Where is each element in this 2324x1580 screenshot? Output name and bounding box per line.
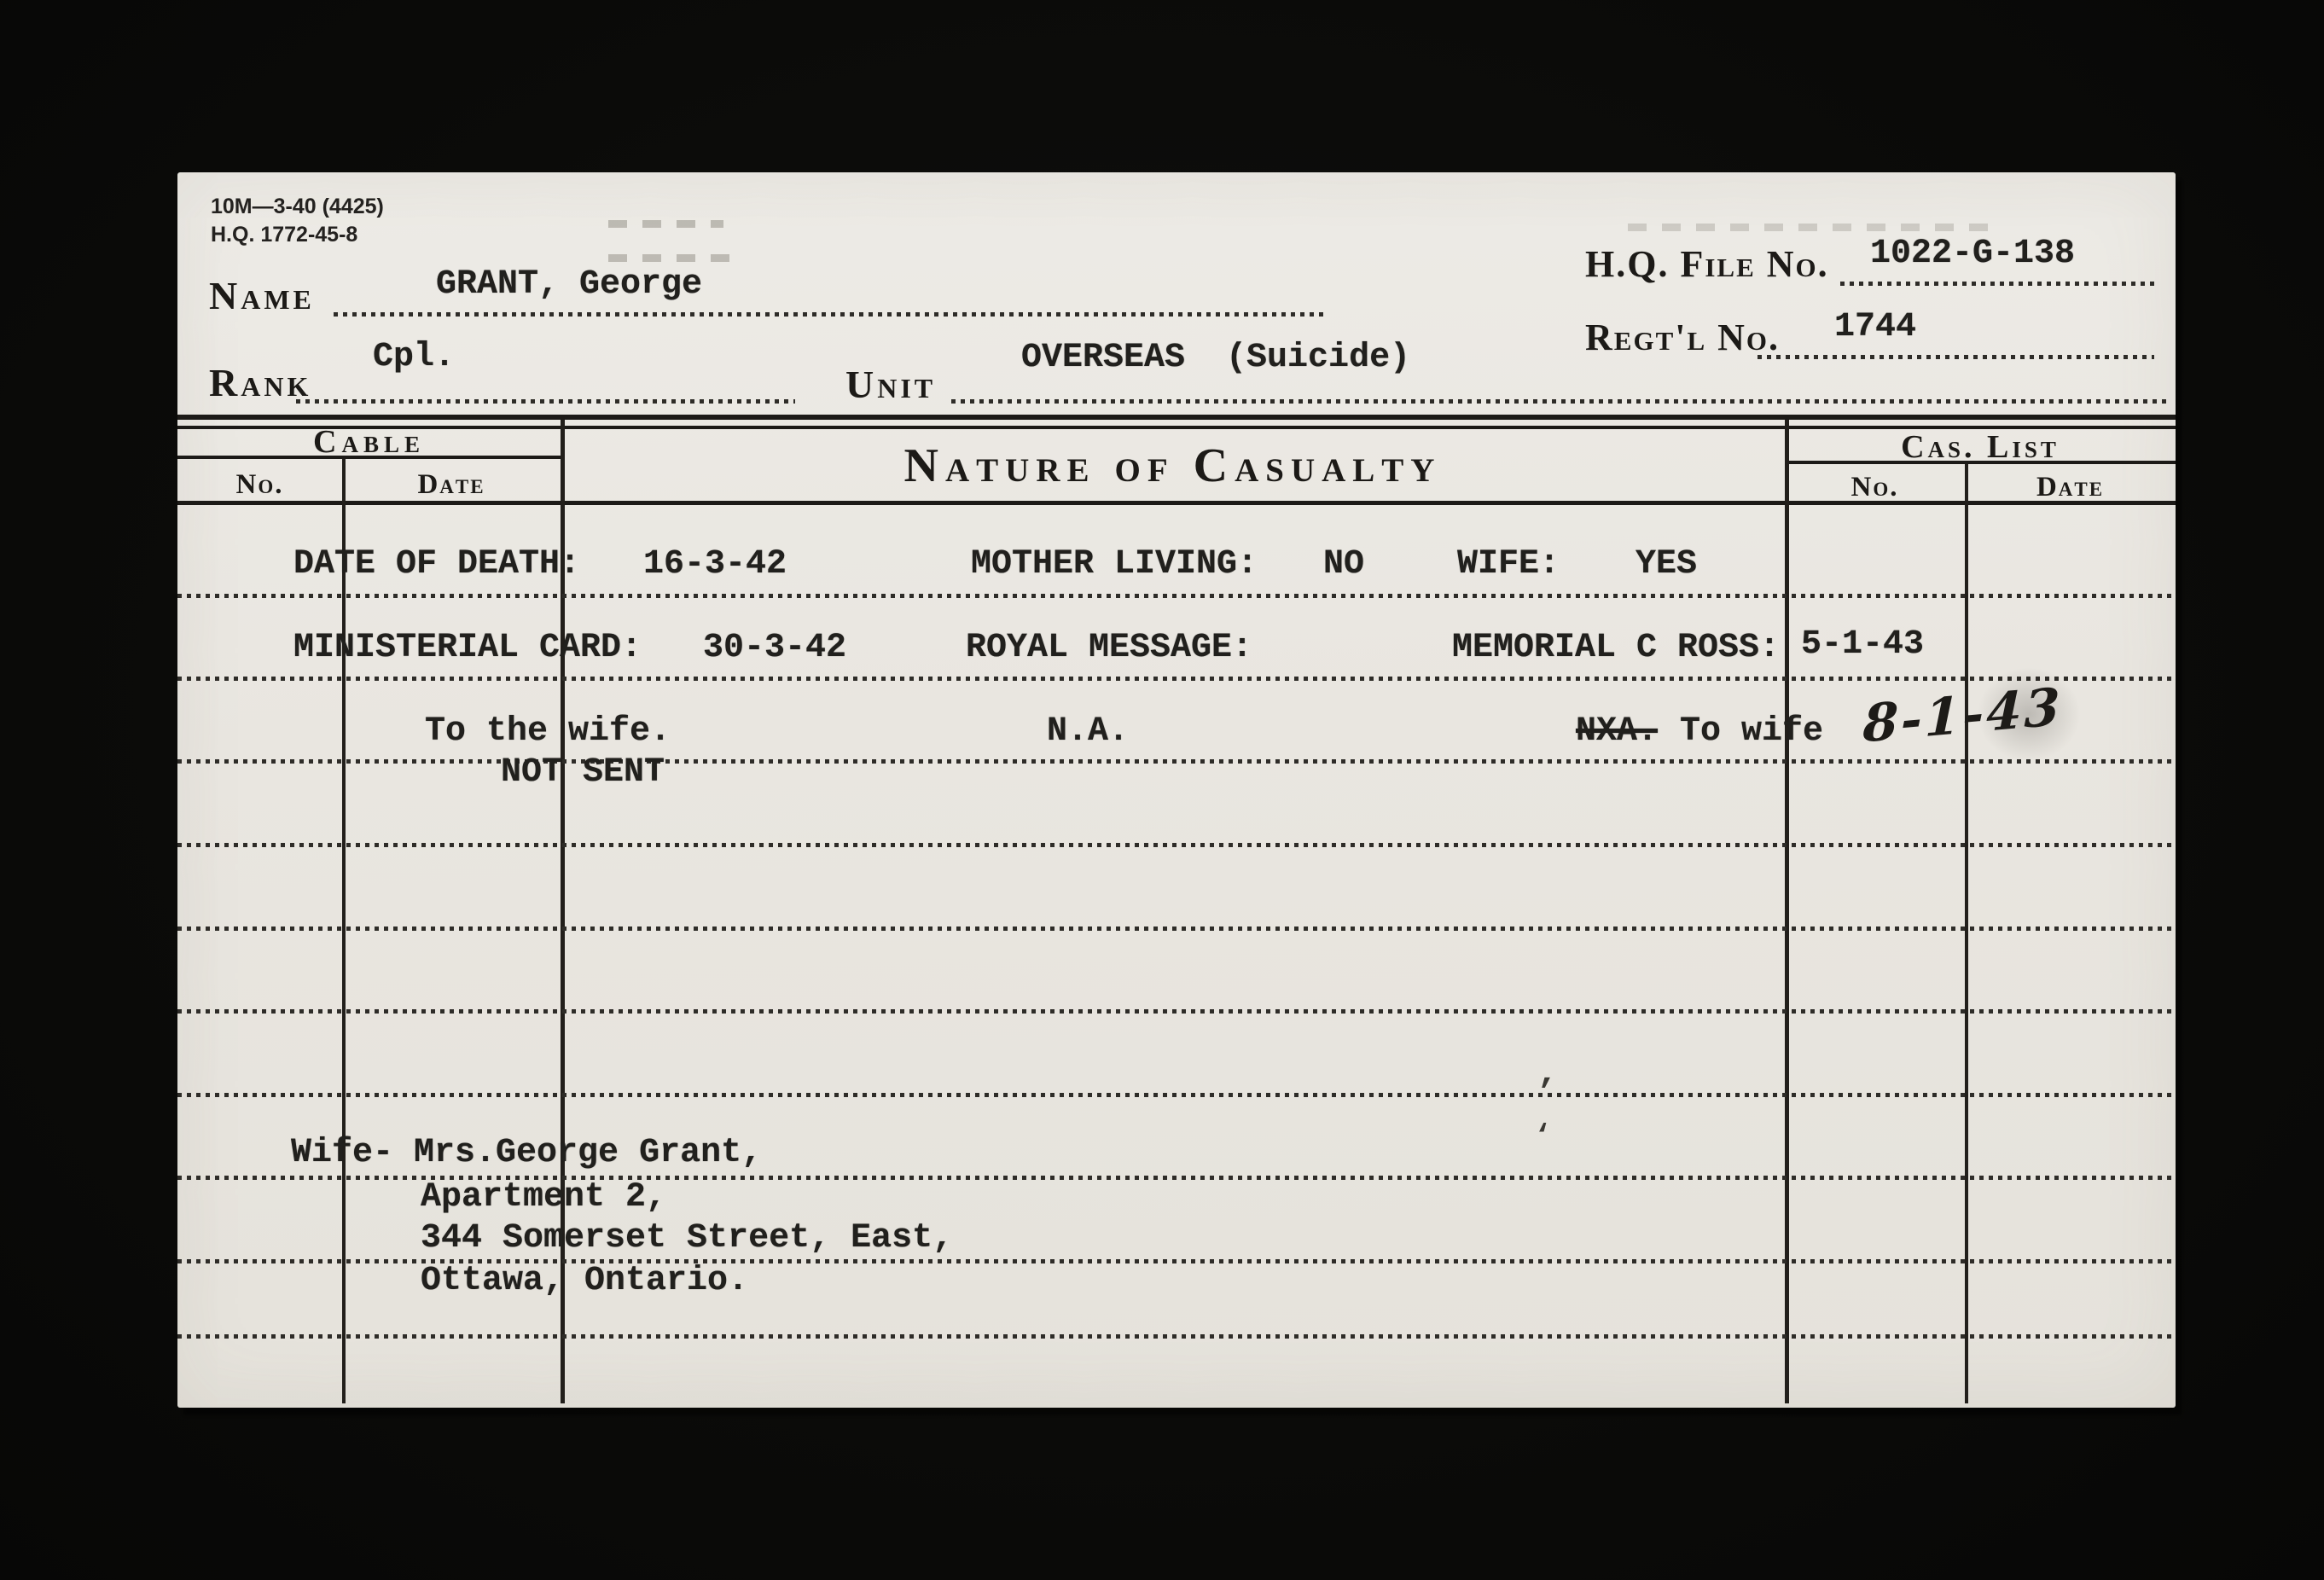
unit-dotted-line (951, 399, 2166, 404)
bleed-through-mark (608, 220, 723, 228)
dotted-row-line (177, 927, 2176, 931)
rank-value: Cpl. (373, 340, 455, 375)
royal-message-status: N.A. (1047, 715, 1129, 749)
mother-living-label: MOTHER LIVING: (971, 548, 1258, 582)
hq-file-no-dotted-line (1840, 282, 2154, 286)
dotted-row-line (177, 677, 2176, 681)
rank-label: Rank (209, 363, 311, 403)
dotted-row-line (177, 1009, 2176, 1014)
date-of-death-value: 16-3-42 (643, 548, 787, 582)
cable-header-underline (177, 456, 561, 459)
dotted-row-line (177, 759, 2176, 764)
nature-caslist-divider (1785, 420, 1789, 1403)
bleed-through-mark (1628, 224, 1995, 231)
rank-dotted-line (296, 399, 795, 404)
name-value: GRANT, George (436, 268, 702, 302)
unit-value: OVERSEAS (Suicide) (1021, 341, 1410, 375)
stray-ink-mark: ’ (1536, 1075, 1556, 1113)
memorial-cross-recipient: To wife (1658, 712, 1823, 751)
royal-message-label: ROYAL MESSAGE: (966, 631, 1252, 665)
cas-date-header: Date (1965, 473, 2176, 502)
name-dotted-line (334, 312, 1323, 317)
nature-of-casualty-header: Nature of Casualty (561, 442, 1785, 490)
stray-ink-mark: ‘ (1534, 1121, 1551, 1153)
form-code-line2: H.Q. 1772-45-8 (211, 221, 357, 249)
dotted-row-line (177, 843, 2176, 847)
ministerial-card-value: 30-3-42 (703, 631, 846, 665)
cable-no-header: No. (177, 471, 342, 499)
ministerial-card-label: MINISTERIAL CARD: (293, 631, 642, 665)
memorial-cross-struck-text: NXA. (1576, 712, 1658, 751)
dotted-row-line (177, 1334, 2176, 1339)
next-of-kin-line1: Wife- Mrs.George Grant, (291, 1136, 762, 1170)
mother-living-value: NO (1323, 548, 1364, 582)
regtl-no-value: 1744 (1834, 311, 1916, 345)
cas-no-header: No. (1785, 473, 1965, 502)
regtl-no-dotted-line (1758, 355, 2154, 359)
wife-value: YES (1636, 548, 1697, 582)
next-of-kin-line2: Apartment 2, (421, 1181, 666, 1215)
header-bottom-rule (177, 501, 2176, 505)
next-of-kin-line3: 344 Somerset Street, East, (421, 1222, 953, 1256)
cable-header: Cable (177, 426, 561, 458)
form-code-line1: 10M—3-40 (4425) (211, 193, 384, 221)
unit-label: Unit (845, 365, 936, 404)
table-top-rule-outer (177, 415, 2176, 420)
casualty-record-card: 10M—3-40 (4425) H.Q. 1772-45-8 Name GRAN… (177, 172, 2176, 1408)
name-label: Name (209, 276, 315, 316)
memorial-cross-disposition: NXA.To wife (1576, 715, 1823, 749)
royal-message-recipient: To the wife. (425, 715, 671, 749)
wife-label: WIFE: (1457, 548, 1560, 582)
memorial-cross-cas-list-no: 5-1-43 (1801, 628, 1924, 662)
regtl-no-label: Regt'l No. (1585, 319, 1780, 357)
royal-message-note: NOT SENT (501, 756, 665, 790)
date-of-death-label: DATE OF DEATH: (293, 548, 580, 582)
next-of-kin-line4: Ottawa, Ontario. (421, 1264, 748, 1298)
photo-background: 10M—3-40 (4425) H.Q. 1772-45-8 Name GRAN… (0, 0, 2324, 1580)
dotted-row-line (177, 594, 2176, 598)
bleed-through-mark (608, 254, 745, 262)
memorial-cross-label: MEMORIAL C ROSS: (1452, 631, 1780, 665)
dotted-row-line (177, 1093, 2176, 1097)
cable-date-header: Date (342, 471, 561, 499)
hq-file-no-label: H.Q. File No. (1585, 246, 1829, 283)
cas-list-header-underline (1785, 461, 2176, 464)
cas-list-header: Cas. List (1785, 431, 2176, 463)
hq-file-no-value: 1022-G-138 (1870, 237, 2075, 271)
